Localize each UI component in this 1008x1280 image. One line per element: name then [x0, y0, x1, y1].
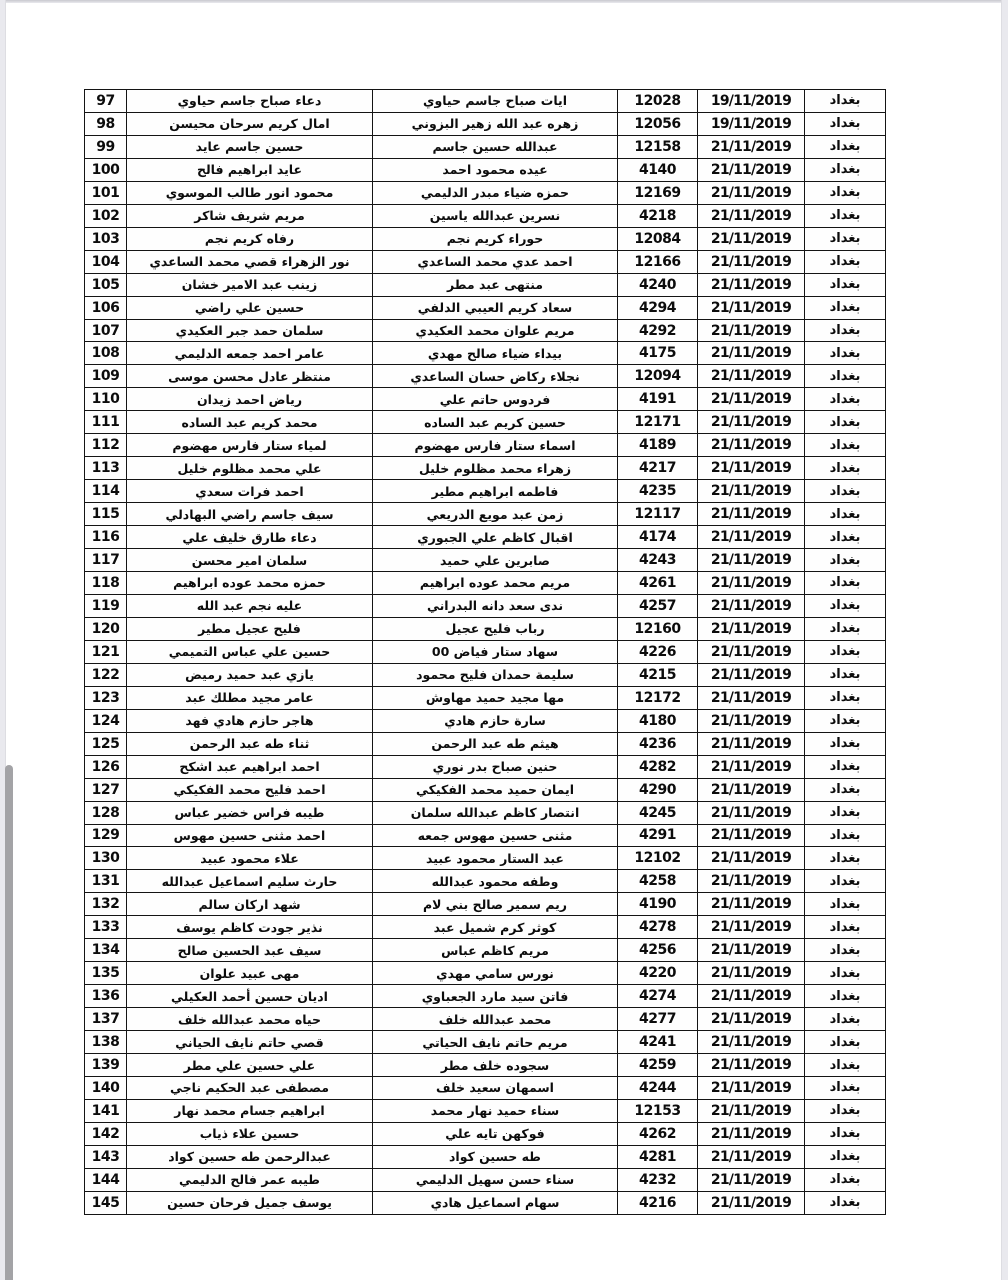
table-row: 140 مصطفى عبد الحكيم ناجي اسمهان سعيد خل… [85, 1076, 886, 1099]
table-row: 114 احمد فرات سعدي فاطمه ابراهيم مطير 42… [85, 480, 886, 503]
table-row: 144 طيبه عمر فالح الدليمي سناء حسن سهيل … [85, 1168, 886, 1191]
table-row: 98 امال كريم سرحان محيسن زهره عبد الله ز… [85, 112, 886, 135]
serial-number-cell: 104 [85, 250, 127, 273]
table-row: 113 علي محمد مظلوم خليل زهراء محمد مظلوم… [85, 457, 886, 480]
table-row: 116 دعاء طارق خليف علي اقبال كاظم علي ال… [85, 526, 886, 549]
name-cell-left: حارث سليم اسماعيل عبدالله [127, 870, 373, 893]
serial-number-cell: 109 [85, 365, 127, 388]
date-cell: 21/11/2019 [698, 549, 805, 572]
record-number-cell: 4291 [618, 824, 698, 847]
record-number-cell: 12153 [618, 1099, 698, 1122]
date-cell: 21/11/2019 [698, 1122, 805, 1145]
record-number-cell: 4256 [618, 939, 698, 962]
record-number-cell: 4180 [618, 709, 698, 732]
city-cell: بغداد [805, 273, 886, 296]
name-cell-left: سيف جاسم راضي البهادلي [127, 503, 373, 526]
name-cell-middle: سناء حسن سهيل الدليمي [373, 1168, 618, 1191]
name-cell-left: محمود انور طالب الموسوي [127, 181, 373, 204]
name-cell-middle: محمد عبدالله خلف [373, 1008, 618, 1031]
name-cell-middle: سعاد كريم العيبي الدلفي [373, 296, 618, 319]
serial-number-cell: 114 [85, 480, 127, 503]
record-number-cell: 4240 [618, 273, 698, 296]
record-number-cell: 12169 [618, 181, 698, 204]
city-cell: بغداد [805, 1168, 886, 1191]
date-cell: 21/11/2019 [698, 342, 805, 365]
date-cell: 21/11/2019 [698, 503, 805, 526]
serial-number-cell: 145 [85, 1191, 127, 1214]
serial-number-cell: 110 [85, 388, 127, 411]
city-cell: بغداد [805, 1191, 886, 1214]
table-row: 118 حمزه محمد عوده ابراهيم مريم محمد عود… [85, 572, 886, 595]
name-cell-middle: انتصار كاظم عبدالله سلمان [373, 801, 618, 824]
table-row: 102 مريم شريف شاكر نسرين عبدالله ياسين 4… [85, 204, 886, 227]
city-cell: بغداد [805, 181, 886, 204]
name-cell-left: لمياء ستار فارس مهضوم [127, 434, 373, 457]
city-cell: بغداد [805, 870, 886, 893]
table-row: 130 علاء محمود عبيد عبد الستار محمود عبي… [85, 847, 886, 870]
city-cell: بغداد [805, 434, 886, 457]
serial-number-cell: 137 [85, 1008, 127, 1031]
name-cell-middle: وطفه محمود عبدالله [373, 870, 618, 893]
serial-number-cell: 120 [85, 617, 127, 640]
city-cell: بغداد [805, 594, 886, 617]
table-row: 99 حسين جاسم عايد عبدالله حسين جاسم 1215… [85, 135, 886, 158]
name-cell-middle: مثنى حسين مهوس جمعه [373, 824, 618, 847]
name-cell-left: سيف عبد الحسين صالح [127, 939, 373, 962]
serial-number-cell: 135 [85, 962, 127, 985]
name-cell-middle: ندى سعد دانه البدراني [373, 594, 618, 617]
name-cell-middle: مريم حاتم نايف الحياتي [373, 1031, 618, 1054]
serial-number-cell: 103 [85, 227, 127, 250]
name-cell-left: علي محمد مظلوم خليل [127, 457, 373, 480]
name-cell-left: امال كريم سرحان محيسن [127, 112, 373, 135]
record-number-cell: 12094 [618, 365, 698, 388]
table-row: 129 احمد مثنى حسين مهوس مثنى حسين مهوس ج… [85, 824, 886, 847]
city-cell: بغداد [805, 1054, 886, 1077]
city-cell: بغداد [805, 686, 886, 709]
table-row: 139 علي حسين علي مطر سجوده خلف مطر 4259 … [85, 1054, 886, 1077]
date-cell: 21/11/2019 [698, 824, 805, 847]
record-number-cell: 4218 [618, 204, 698, 227]
city-cell: بغداد [805, 916, 886, 939]
date-cell: 21/11/2019 [698, 709, 805, 732]
name-cell-left: دعاء طارق خليف علي [127, 526, 373, 549]
city-cell: بغداد [805, 388, 886, 411]
name-cell-left: يوسف جميل فرحان حسين [127, 1191, 373, 1214]
table-row: 132 شهد اركان سالم ريم سمير صالح بني لام… [85, 893, 886, 916]
record-number-cell: 12158 [618, 135, 698, 158]
record-number-cell: 4226 [618, 640, 698, 663]
name-cell-left: رياض احمد زيدان [127, 388, 373, 411]
table-row: 122 يازي عبد حميد رميض سليمة حمدان فليح … [85, 663, 886, 686]
record-number-cell: 12117 [618, 503, 698, 526]
date-cell: 21/11/2019 [698, 480, 805, 503]
name-cell-left: احمد فليح محمد الفكيكي [127, 778, 373, 801]
name-cell-middle: سليمة حمدان فليح محمود [373, 663, 618, 686]
record-number-cell: 4190 [618, 893, 698, 916]
date-cell: 21/11/2019 [698, 273, 805, 296]
serial-number-cell: 136 [85, 985, 127, 1008]
city-cell: بغداد [805, 732, 886, 755]
name-cell-left: حسين علي عباس التميمي [127, 640, 373, 663]
date-cell: 21/11/2019 [698, 617, 805, 640]
name-cell-middle: طه حسين كواد [373, 1145, 618, 1168]
table-row: 136 اديان حسين أحمد العكيلي فاتن سيد مار… [85, 985, 886, 1008]
serial-number-cell: 100 [85, 158, 127, 181]
date-cell: 21/11/2019 [698, 388, 805, 411]
city-cell: بغداد [805, 778, 886, 801]
name-cell-middle: صابرين علي حميد [373, 549, 618, 572]
city-cell: بغداد [805, 1145, 886, 1168]
table-row: 100 عايد ابراهيم فالح عيده محمود احمد 41… [85, 158, 886, 181]
name-cell-left: مريم شريف شاكر [127, 204, 373, 227]
city-cell: بغداد [805, 985, 886, 1008]
city-cell: بغداد [805, 365, 886, 388]
table-row: 137 حياه محمد عبدالله خلف محمد عبدالله خ… [85, 1008, 886, 1031]
name-cell-left: يازي عبد حميد رميض [127, 663, 373, 686]
date-cell: 21/11/2019 [698, 847, 805, 870]
name-cell-middle: نجلاء ركاض حسان الساعدي [373, 365, 618, 388]
city-cell: بغداد [805, 319, 886, 342]
serial-number-cell: 115 [85, 503, 127, 526]
name-cell-left: مصطفى عبد الحكيم ناجي [127, 1076, 373, 1099]
record-number-cell: 4277 [618, 1008, 698, 1031]
name-cell-left: زينب عبد الامير خشان [127, 273, 373, 296]
record-number-cell: 4243 [618, 549, 698, 572]
date-cell: 19/11/2019 [698, 112, 805, 135]
table-row: 109 منتظر عادل محسن موسى نجلاء ركاض حسان… [85, 365, 886, 388]
serial-number-cell: 118 [85, 572, 127, 595]
serial-number-cell: 108 [85, 342, 127, 365]
name-cell-left: سلمان امير محسن [127, 549, 373, 572]
date-cell: 21/11/2019 [698, 135, 805, 158]
name-cell-middle: فردوس حاتم علي [373, 388, 618, 411]
date-cell: 21/11/2019 [698, 916, 805, 939]
serial-number-cell: 117 [85, 549, 127, 572]
record-number-cell: 12172 [618, 686, 698, 709]
name-cell-middle: سارة حازم هادي [373, 709, 618, 732]
record-number-cell: 4232 [618, 1168, 698, 1191]
name-cell-left: هاجر حازم هادي فهد [127, 709, 373, 732]
serial-number-cell: 126 [85, 755, 127, 778]
name-cell-left: دعاء صباح جاسم حياوي [127, 90, 373, 113]
table-row: 127 احمد فليح محمد الفكيكي ايمان حميد مح… [85, 778, 886, 801]
serial-number-cell: 128 [85, 801, 127, 824]
date-cell: 21/11/2019 [698, 985, 805, 1008]
serial-number-cell: 125 [85, 732, 127, 755]
name-cell-middle: زهراء محمد مظلوم خليل [373, 457, 618, 480]
date-cell: 21/11/2019 [698, 778, 805, 801]
city-cell: بغداد [805, 962, 886, 985]
city-cell: بغداد [805, 1099, 886, 1122]
name-cell-middle: ريم سمير صالح بني لام [373, 893, 618, 916]
table-row: 97 دعاء صباح جاسم حياوي ايات صباح جاسم ح… [85, 90, 886, 113]
name-cell-left: طيبه فراس خضير عباس [127, 801, 373, 824]
serial-number-cell: 143 [85, 1145, 127, 1168]
name-cell-left: احمد ابراهيم عبد اشكح [127, 755, 373, 778]
table-row: 119 عليه نجم عبد الله ندى سعد دانه البدر… [85, 594, 886, 617]
city-cell: بغداد [805, 572, 886, 595]
serial-number-cell: 106 [85, 296, 127, 319]
name-cell-middle: ايمان حميد محمد الفكيكي [373, 778, 618, 801]
name-cell-middle: اقبال كاظم علي الجبوري [373, 526, 618, 549]
table-row: 108 عامر احمد جمعه الدليمي بيداء ضياء صا… [85, 342, 886, 365]
serial-number-cell: 113 [85, 457, 127, 480]
date-cell: 21/11/2019 [698, 204, 805, 227]
name-cell-left: منتظر عادل محسن موسى [127, 365, 373, 388]
date-cell: 21/11/2019 [698, 755, 805, 778]
table-row: 133 نذير جودت كاظم يوسف كوثر كرم شميل عب… [85, 916, 886, 939]
record-number-cell: 4274 [618, 985, 698, 1008]
name-cell-middle: هيثم طه عبد الرحمن [373, 732, 618, 755]
date-cell: 21/11/2019 [698, 594, 805, 617]
record-number-cell: 4245 [618, 801, 698, 824]
record-number-cell: 4261 [618, 572, 698, 595]
name-cell-middle: حمزه ضياء مبدر الدليمي [373, 181, 618, 204]
city-cell: بغداد [805, 1122, 886, 1145]
city-cell: بغداد [805, 663, 886, 686]
record-number-cell: 4282 [618, 755, 698, 778]
record-number-cell: 12171 [618, 411, 698, 434]
table-row: 145 يوسف جميل فرحان حسين سهام اسماعيل ها… [85, 1191, 886, 1214]
serial-number-cell: 107 [85, 319, 127, 342]
record-number-cell: 4191 [618, 388, 698, 411]
serial-number-cell: 116 [85, 526, 127, 549]
name-cell-middle: حنين صباح بدر نوري [373, 755, 618, 778]
records-table: 97 دعاء صباح جاسم حياوي ايات صباح جاسم ح… [84, 89, 886, 1215]
record-number-cell: 4175 [618, 342, 698, 365]
name-cell-left: عايد ابراهيم فالح [127, 158, 373, 181]
record-number-cell: 4215 [618, 663, 698, 686]
name-cell-middle: مريم محمد عوده ابراهيم [373, 572, 618, 595]
date-cell: 21/11/2019 [698, 181, 805, 204]
table-row: 117 سلمان امير محسن صابرين علي حميد 4243… [85, 549, 886, 572]
date-cell: 21/11/2019 [698, 1054, 805, 1077]
name-cell-middle: اسمهان سعيد خلف [373, 1076, 618, 1099]
record-number-cell: 4189 [618, 434, 698, 457]
name-cell-middle: احمد عدي محمد الساعدي [373, 250, 618, 273]
table-row: 106 حسين علي راضي سعاد كريم العيبي الدلف… [85, 296, 886, 319]
city-cell: بغداد [805, 640, 886, 663]
date-cell: 21/11/2019 [698, 526, 805, 549]
serial-number-cell: 111 [85, 411, 127, 434]
record-number-cell: 4262 [618, 1122, 698, 1145]
table-row: 135 مهى عبيد علوان نورس سامي مهدي 4220 2… [85, 962, 886, 985]
table-row: 110 رياض احمد زيدان فردوس حاتم علي 4191 … [85, 388, 886, 411]
name-cell-left: علاء محمود عبيد [127, 847, 373, 870]
name-cell-middle: نورس سامي مهدي [373, 962, 618, 985]
serial-number-cell: 141 [85, 1099, 127, 1122]
name-cell-left: حمزه محمد عوده ابراهيم [127, 572, 373, 595]
table-row: 120 فليح عجيل مطير رباب فليح عجيل 12160 … [85, 617, 886, 640]
name-cell-left: عبدالرحمن طه حسين كواد [127, 1145, 373, 1168]
name-cell-left: نور الزهراء قصي محمد الساعدي [127, 250, 373, 273]
serial-number-cell: 133 [85, 916, 127, 939]
date-cell: 21/11/2019 [698, 572, 805, 595]
record-number-cell: 12102 [618, 847, 698, 870]
name-cell-middle: سهام اسماعيل هادي [373, 1191, 618, 1214]
name-cell-middle: عبدالله حسين جاسم [373, 135, 618, 158]
record-number-cell: 4278 [618, 916, 698, 939]
name-cell-left: احمد مثنى حسين مهوس [127, 824, 373, 847]
record-number-cell: 4244 [618, 1076, 698, 1099]
city-cell: بغداد [805, 411, 886, 434]
date-cell: 21/11/2019 [698, 1168, 805, 1191]
date-cell: 21/11/2019 [698, 1099, 805, 1122]
record-number-cell: 4259 [618, 1054, 698, 1077]
table-row: 142 حسين علاء ذياب فوكهن تايه علي 4262 2… [85, 1122, 886, 1145]
serial-number-cell: 99 [85, 135, 127, 158]
date-cell: 21/11/2019 [698, 296, 805, 319]
record-number-cell: 4281 [618, 1145, 698, 1168]
serial-number-cell: 119 [85, 594, 127, 617]
name-cell-middle: حوراء كريم نجم [373, 227, 618, 250]
date-cell: 21/11/2019 [698, 319, 805, 342]
record-number-cell: 4220 [618, 962, 698, 985]
city-cell: بغداد [805, 526, 886, 549]
name-cell-middle: زمن عبد مويع الدريعي [373, 503, 618, 526]
city-cell: بغداد [805, 617, 886, 640]
name-cell-left: عليه نجم عبد الله [127, 594, 373, 617]
name-cell-middle: اسماء ستار فارس مهضوم [373, 434, 618, 457]
name-cell-middle: سناء حميد نهار محمد [373, 1099, 618, 1122]
serial-number-cell: 105 [85, 273, 127, 296]
city-cell: بغداد [805, 755, 886, 778]
serial-number-cell: 130 [85, 847, 127, 870]
city-cell: بغداد [805, 480, 886, 503]
date-cell: 21/11/2019 [698, 434, 805, 457]
city-cell: بغداد [805, 135, 886, 158]
name-cell-middle: عبد الستار محمود عبيد [373, 847, 618, 870]
record-number-cell: 12084 [618, 227, 698, 250]
record-number-cell: 4140 [618, 158, 698, 181]
name-cell-middle: رباب فليح عجيل [373, 617, 618, 640]
city-cell: بغداد [805, 250, 886, 273]
city-cell: بغداد [805, 1076, 886, 1099]
city-cell: بغداد [805, 158, 886, 181]
serial-number-cell: 134 [85, 939, 127, 962]
name-cell-left: مهى عبيد علوان [127, 962, 373, 985]
record-number-cell: 12056 [618, 112, 698, 135]
city-cell: بغداد [805, 939, 886, 962]
serial-number-cell: 101 [85, 181, 127, 204]
city-cell: بغداد [805, 204, 886, 227]
name-cell-left: رفاه كريم نجم [127, 227, 373, 250]
name-cell-left: قصي حاتم نايف الحياني [127, 1031, 373, 1054]
city-cell: بغداد [805, 824, 886, 847]
date-cell: 21/11/2019 [698, 365, 805, 388]
record-number-cell: 4235 [618, 480, 698, 503]
name-cell-middle: مريم علوان محمد العكيدي [373, 319, 618, 342]
serial-number-cell: 127 [85, 778, 127, 801]
serial-number-cell: 123 [85, 686, 127, 709]
serial-number-cell: 138 [85, 1031, 127, 1054]
date-cell: 21/11/2019 [698, 411, 805, 434]
record-number-cell: 12160 [618, 617, 698, 640]
table-row: 121 حسين علي عباس التميمي سهاد ستار فياض… [85, 640, 886, 663]
table-row: 105 زينب عبد الامير خشان منتهى عبد مطر 4… [85, 273, 886, 296]
name-cell-left: طيبه عمر فالح الدليمي [127, 1168, 373, 1191]
vertical-scrollbar-thumb[interactable] [5, 765, 13, 1280]
date-cell: 21/11/2019 [698, 1008, 805, 1031]
city-cell: بغداد [805, 342, 886, 365]
date-cell: 21/11/2019 [698, 457, 805, 480]
serial-number-cell: 142 [85, 1122, 127, 1145]
name-cell-left: احمد فرات سعدي [127, 480, 373, 503]
serial-number-cell: 122 [85, 663, 127, 686]
name-cell-middle: بيداء ضياء صالح مهدي [373, 342, 618, 365]
serial-number-cell: 131 [85, 870, 127, 893]
name-cell-middle: عيده محمود احمد [373, 158, 618, 181]
table-row: 103 رفاه كريم نجم حوراء كريم نجم 12084 2… [85, 227, 886, 250]
table-row: 143 عبدالرحمن طه حسين كواد طه حسين كواد … [85, 1145, 886, 1168]
date-cell: 21/11/2019 [698, 663, 805, 686]
record-number-cell: 4258 [618, 870, 698, 893]
page-right-edge [1001, 0, 1008, 1280]
name-cell-middle: منتهى عبد مطر [373, 273, 618, 296]
serial-number-cell: 124 [85, 709, 127, 732]
table-row: 107 سلمان حمد جبر العكيدي مريم علوان محم… [85, 319, 886, 342]
date-cell: 21/11/2019 [698, 939, 805, 962]
serial-number-cell: 121 [85, 640, 127, 663]
name-cell-left: ثناء طه عبد الرحمن [127, 732, 373, 755]
table-row: 141 ابراهيم جسام محمد نهار سناء حميد نها… [85, 1099, 886, 1122]
name-cell-middle: ايات صباح جاسم حياوي [373, 90, 618, 113]
name-cell-left: شهد اركان سالم [127, 893, 373, 916]
name-cell-middle: مها مجيد حميد مهاوش [373, 686, 618, 709]
name-cell-middle: نسرين عبدالله ياسين [373, 204, 618, 227]
city-cell: بغداد [805, 801, 886, 824]
name-cell-middle: سهاد ستار فياض 00 [373, 640, 618, 663]
name-cell-middle: كوثر كرم شميل عبد [373, 916, 618, 939]
date-cell: 21/11/2019 [698, 227, 805, 250]
city-cell: بغداد [805, 227, 886, 250]
serial-number-cell: 98 [85, 112, 127, 135]
date-cell: 21/11/2019 [698, 1191, 805, 1214]
table-row: 101 محمود انور طالب الموسوي حمزه ضياء مب… [85, 181, 886, 204]
name-cell-left: حسين علي راضي [127, 296, 373, 319]
city-cell: بغداد [805, 1008, 886, 1031]
record-number-cell: 4257 [618, 594, 698, 617]
page-top-edge [0, 0, 1008, 3]
date-cell: 21/11/2019 [698, 870, 805, 893]
serial-number-cell: 139 [85, 1054, 127, 1077]
name-cell-middle: مريم كاظم عباس [373, 939, 618, 962]
name-cell-middle: سجوده خلف مطر [373, 1054, 618, 1077]
name-cell-left: ابراهيم جسام محمد نهار [127, 1099, 373, 1122]
record-number-cell: 4217 [618, 457, 698, 480]
record-number-cell: 4290 [618, 778, 698, 801]
date-cell: 21/11/2019 [698, 250, 805, 273]
name-cell-middle: زهره عبد الله زهير البزوني [373, 112, 618, 135]
date-cell: 21/11/2019 [698, 801, 805, 824]
records-table-body: 97 دعاء صباح جاسم حياوي ايات صباح جاسم ح… [85, 90, 886, 1215]
table-row: 112 لمياء ستار فارس مهضوم اسماء ستار فار… [85, 434, 886, 457]
name-cell-middle: حسين كريم عبد الساده [373, 411, 618, 434]
date-cell: 21/11/2019 [698, 1145, 805, 1168]
city-cell: بغداد [805, 503, 886, 526]
date-cell: 21/11/2019 [698, 1031, 805, 1054]
table-row: 134 سيف عبد الحسين صالح مريم كاظم عباس 4… [85, 939, 886, 962]
serial-number-cell: 144 [85, 1168, 127, 1191]
city-cell: بغداد [805, 1031, 886, 1054]
name-cell-left: علي حسين علي مطر [127, 1054, 373, 1077]
city-cell: بغداد [805, 90, 886, 113]
name-cell-left: محمد كريم عبد الساده [127, 411, 373, 434]
city-cell: بغداد [805, 893, 886, 916]
table-row: 124 هاجر حازم هادي فهد سارة حازم هادي 41… [85, 709, 886, 732]
name-cell-left: حسين جاسم عايد [127, 135, 373, 158]
